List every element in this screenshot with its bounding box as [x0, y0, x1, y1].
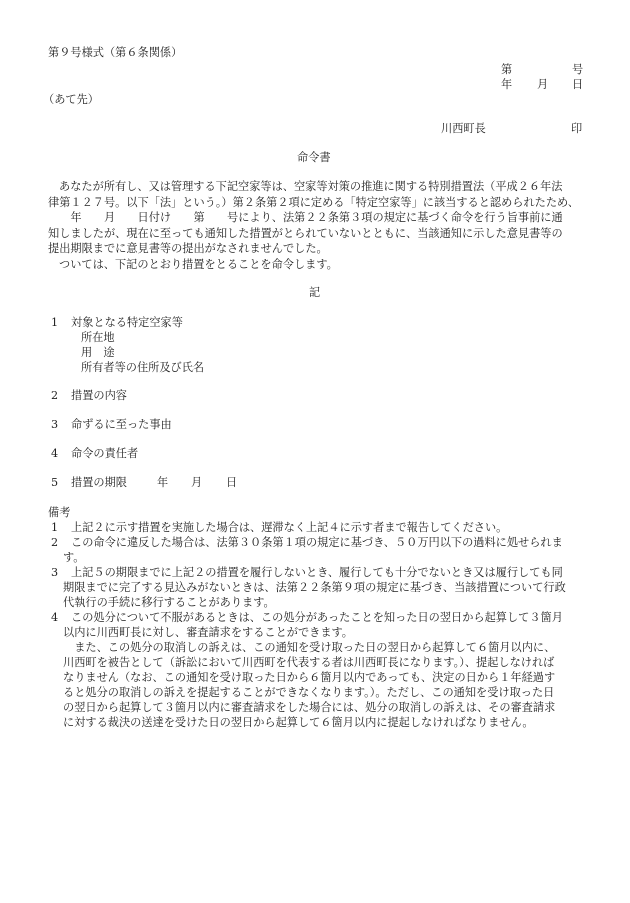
body-line: 年 月 日付け 第 号により、法第２２条第３項の規定に基づく命令を行う旨事前に通: [48, 210, 588, 226]
item-label: 対象となる特定空家等: [71, 316, 183, 330]
body-line: あなたが所有し、又は管理する下記空家等は、空家等対策の推進に関する特別措置法（平…: [48, 179, 588, 195]
note-line: に対する裁決の送達を受けた日の翌日から起算して６箇月以内に提起しなければなりませ…: [63, 716, 534, 730]
note-line: この処分について不服があるときは、この処分があったことを知った日の翌日から起算し…: [71, 611, 563, 625]
seal-mark: 印: [571, 122, 582, 136]
item-label: 命ずるに至った事由: [71, 418, 172, 432]
item-label: 措置の内容: [71, 389, 127, 403]
issuer-name: 川西町長: [441, 122, 486, 136]
document-title: 命令書: [297, 151, 331, 165]
note-number: 2: [51, 536, 58, 550]
note-line: 川西町を被告として（訴訟において川西町を代表する者は川西町長になります。）、提起…: [63, 656, 554, 670]
note-line: の翌日から起算して３箇月以内に審査請求をした場合には、処分の取消しの訴えは、その…: [63, 701, 555, 715]
addressee: （あて先）: [43, 93, 99, 107]
note-line: 以内に川西町長に対し、審査請求をすることができます。: [63, 626, 353, 640]
form-label: 第９号様式（第６条関係）: [48, 46, 182, 60]
note-line: この命令に違反した場合は、法第３０条第１項の規定に基づき、５０万円以下の過料に処…: [71, 536, 563, 550]
item-number: 1: [51, 316, 58, 330]
body-paragraph: あなたが所有し、又は管理する下記空家等は、空家等対策の推進に関する特別措置法（平…: [48, 179, 588, 273]
deadline-day: 日: [226, 476, 237, 490]
note-number: 1: [51, 521, 58, 535]
item-number: 5: [51, 476, 58, 490]
item-label: 措置の期限: [71, 476, 127, 490]
ki-heading: 記: [309, 286, 320, 300]
item-number: 3: [51, 418, 58, 432]
number-prefix: 第: [501, 63, 512, 77]
body-line: 提出期限までに意見書等の提出がなされませんでした。: [48, 241, 588, 257]
note-line: なりません（なお、この通知を受け取った日から６箇月以内であっても、決定の日から１…: [63, 671, 555, 685]
notes-heading: 備考: [48, 506, 70, 520]
date-day: 日: [572, 78, 583, 92]
item-sub-location: 所在地: [81, 331, 115, 345]
note-line: 代執行の手続に移行することがあります。: [63, 596, 275, 610]
note-line: ると処分の取消しの訴えを提起することができなくなります。）。ただし、この通知を受…: [63, 686, 554, 700]
item-sub-owner: 所有者等の住所及び氏名: [81, 361, 204, 375]
number-suffix: 号: [572, 63, 583, 77]
body-closing: ついては、下記のとおり措置をとることを命令します。: [48, 257, 588, 273]
body-line: 知しましたが、現在に至っても通知した措置がとられていないとともに、当該通知に示し…: [48, 226, 588, 242]
note-number: 4: [51, 611, 58, 625]
item-sub-usage: 用 途: [81, 346, 115, 360]
note-line: す。: [63, 551, 84, 565]
note-number: 3: [51, 566, 58, 580]
body-line: 律第１２７号。以下「法」という。）第２条第２項に定める「特定空家等」に該当すると…: [48, 195, 588, 211]
item-number: 2: [51, 389, 58, 403]
note-line: 上記２に示す措置を実施した場合は、遅滞なく上記４に示す者まで報告してください。: [71, 521, 507, 535]
note-line: 上記５の期限までに上記２の措置を履行しないとき、履行しても十分でないとき又は履行…: [71, 566, 563, 580]
deadline-year: 年: [157, 476, 168, 490]
item-label: 命令の責任者: [71, 447, 138, 461]
deadline-month: 月: [191, 476, 202, 490]
date-year: 年: [501, 78, 512, 92]
note-line: 期限までに完了する見込みがないときは、法第２２条第９項の規定に基づき、当該措置に…: [63, 581, 566, 595]
date-month: 月: [537, 78, 548, 92]
note-line: また、この処分の取消しの訴えは、この通知を受け取った日の翌日から起算して６箇月以…: [63, 641, 555, 655]
item-number: 4: [51, 447, 58, 461]
